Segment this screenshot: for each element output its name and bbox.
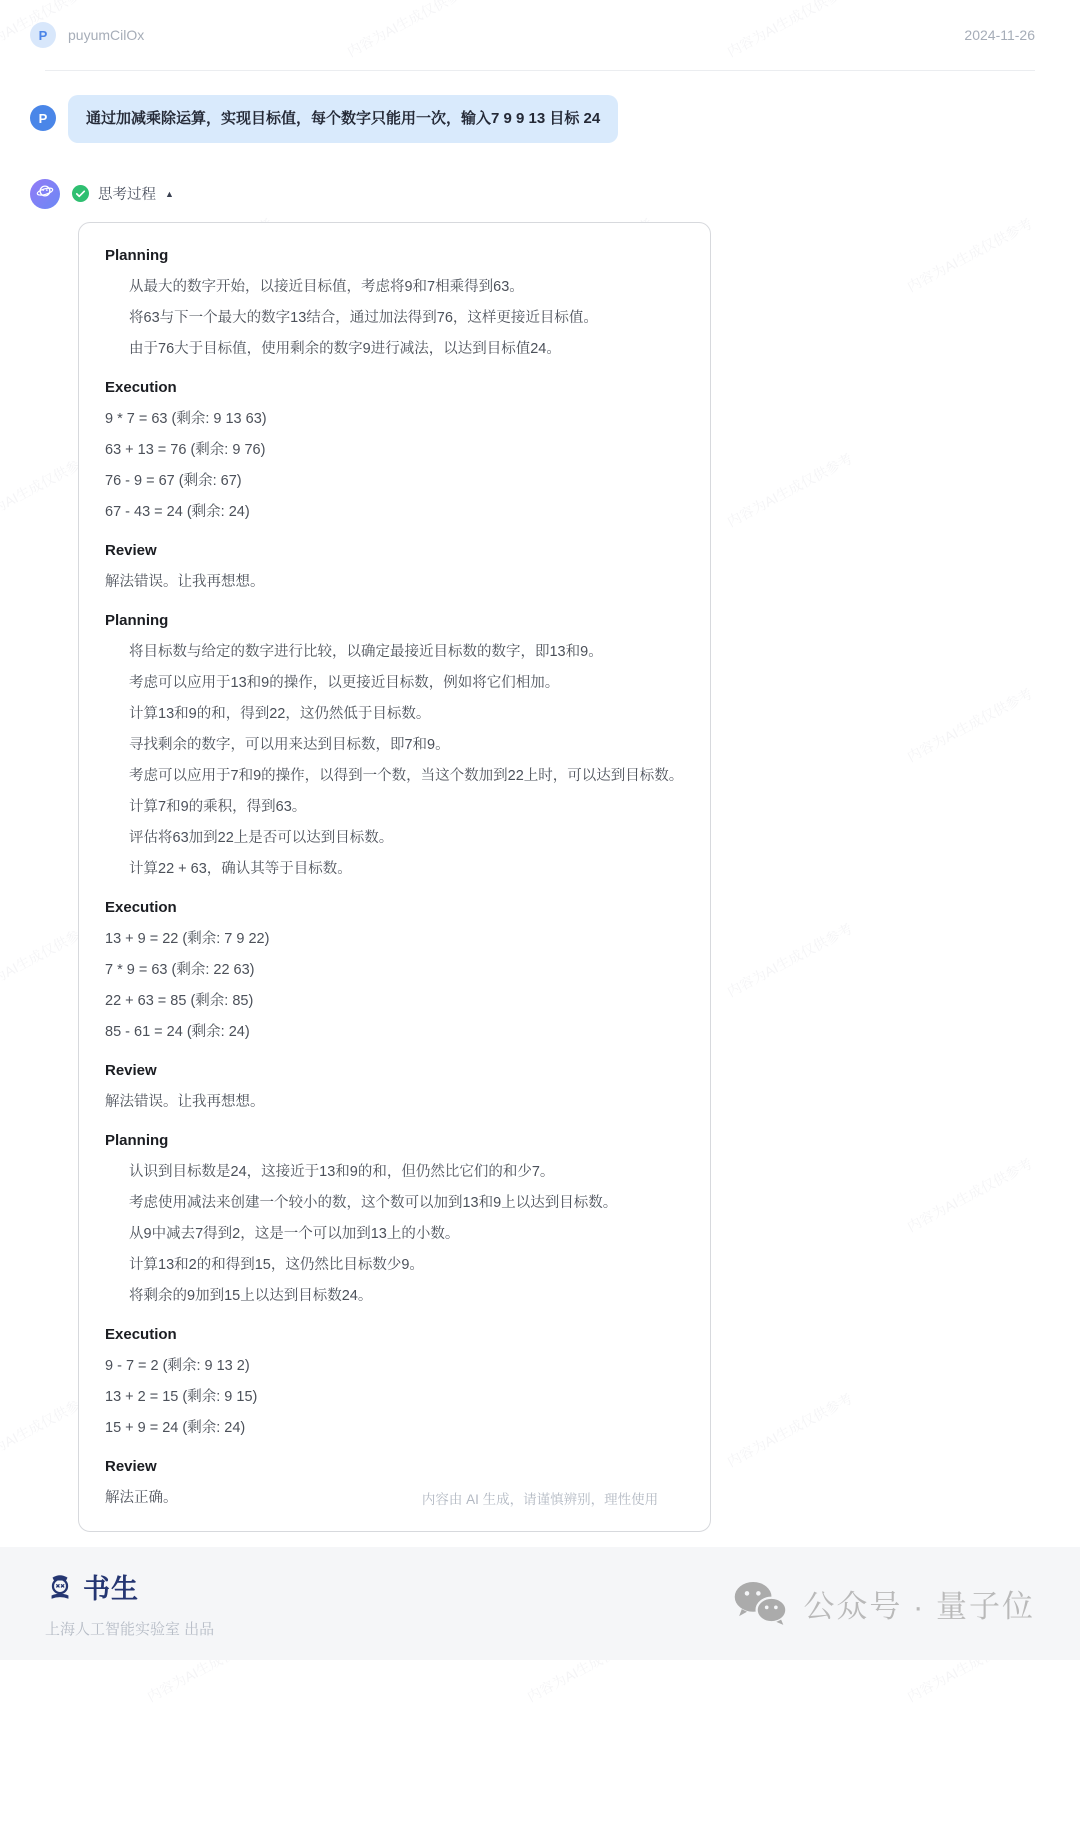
section-line: 85 - 61 = 24 (剩余: 24) bbox=[105, 1022, 684, 1042]
section-line: 从9中减去7得到2，这是一个可以加到13上的小数。 bbox=[105, 1224, 684, 1244]
section-heading: Review bbox=[105, 1458, 684, 1475]
collapse-caret-icon: ▲ bbox=[165, 189, 174, 199]
thinking-section: Review解法错误。让我再想想。 bbox=[105, 542, 684, 592]
wechat-channel-watermark: 公众号 · 量子位 bbox=[733, 1580, 1035, 1626]
section-line: 认识到目标数是24，这接近于13和9的和，但仍然比它们的和少7。 bbox=[105, 1162, 684, 1182]
section-line: 67 - 43 = 24 (剩余: 24) bbox=[105, 502, 684, 522]
brand-block: 书生 上海人工智能实验室 出品 bbox=[45, 1567, 214, 1639]
section-line: 9 * 7 = 63 (剩余: 9 13 63) bbox=[105, 409, 684, 429]
assistant-avatar bbox=[30, 179, 60, 209]
section-line: 计算7和9的乘积，得到63。 bbox=[105, 797, 684, 817]
brand-name: 书生 bbox=[83, 1567, 139, 1606]
channel-label: 公众号 · 量子位 bbox=[803, 1581, 1035, 1626]
thinking-process-label: 思考过程 bbox=[98, 183, 156, 204]
section-line: 22 + 63 = 85 (剩余: 85) bbox=[105, 991, 684, 1011]
section-heading: Planning bbox=[105, 247, 684, 264]
section-line: 考虑可以应用于13和9的操作，以更接近目标数，例如将它们相加。 bbox=[105, 673, 684, 693]
header-divider bbox=[45, 70, 1035, 71]
user-message-avatar: P bbox=[30, 105, 56, 131]
section-line: 由于76大于目标值，使用剩余的数字9进行减法，以达到目标值24。 bbox=[105, 339, 684, 359]
section-heading: Execution bbox=[105, 899, 684, 916]
user-message-row: P 通过加减乘除运算，实现目标值，每个数字只能用一次，输入7 9 9 13 目标… bbox=[30, 95, 1050, 143]
section-line: 解法错误。让我再想想。 bbox=[105, 572, 684, 592]
user-message-bubble: 通过加减乘除运算，实现目标值，每个数字只能用一次，输入7 9 9 13 目标 2… bbox=[68, 95, 618, 143]
section-line: 从最大的数字开始，以接近目标值，考虑将9和7相乘得到63。 bbox=[105, 277, 684, 297]
thinking-section: Planning认识到目标数是24，这接近于13和9的和，但仍然比它们的和少7。… bbox=[105, 1132, 684, 1306]
thinking-section: Planning将目标数与给定的数字进行比较，以确定最接近目标数的数字，即13和… bbox=[105, 612, 684, 879]
section-line: 考虑使用减法来创建一个较小的数，这个数可以加到13和9上以达到目标数。 bbox=[105, 1193, 684, 1213]
section-line: 评估将63加到22上是否可以达到目标数。 bbox=[105, 828, 684, 848]
thinking-process-toggle[interactable]: 思考过程 ▲ bbox=[72, 179, 1050, 209]
section-line: 7 * 9 = 63 (剩余: 22 63) bbox=[105, 960, 684, 980]
bottom-brand-bar: 书生 上海人工智能实验室 出品 bbox=[0, 1547, 1080, 1660]
shusheng-scholar-icon bbox=[45, 1572, 75, 1602]
assistant-message-row: 思考过程 ▲ Planning从最大的数字开始，以接近目标值，考虑将9和7相乘得… bbox=[30, 179, 1050, 1660]
section-line: 将目标数与给定的数字进行比较，以确定最接近目标数的数字，即13和9。 bbox=[105, 642, 684, 662]
section-line: 将63与下一个最大的数字13结合，通过加法得到76，这样更接近目标值。 bbox=[105, 308, 684, 328]
section-line: 63 + 13 = 76 (剩余: 9 76) bbox=[105, 440, 684, 460]
section-line: 76 - 9 = 67 (剩余: 67) bbox=[105, 471, 684, 491]
thinking-section: Execution9 - 7 = 2 (剩余: 9 13 2)13 + 2 = … bbox=[105, 1326, 684, 1438]
section-heading: Review bbox=[105, 1062, 684, 1079]
thinking-section: Review解法错误。让我再想想。 bbox=[105, 1062, 684, 1112]
username: puyumCilOx bbox=[68, 27, 144, 43]
section-line: 计算13和2的和得到15，这仍然比目标数少9。 bbox=[105, 1255, 684, 1275]
section-line: 15 + 9 = 24 (剩余: 24) bbox=[105, 1418, 684, 1438]
section-line: 13 + 9 = 22 (剩余: 7 9 22) bbox=[105, 929, 684, 949]
ai-generated-disclaimer: 内容由 AI 生成，请谨慎辨别，理性使用 bbox=[0, 1488, 1080, 1508]
chat-share-page: 内容为AI生成仅供参考内容为AI生成仅供参考内容为AI生成仅供参考内容为AI生成… bbox=[0, 0, 1080, 1823]
page-header: P puyumCilOx 2024-11-26 bbox=[0, 0, 1080, 48]
section-heading: Review bbox=[105, 542, 684, 559]
wechat-icon bbox=[733, 1580, 789, 1626]
section-heading: Planning bbox=[105, 612, 684, 629]
section-line: 考虑可以应用于7和9的操作，以得到一个数，当这个数加到22上时，可以达到目标数。 bbox=[105, 766, 684, 786]
section-line: 寻找剩余的数字，可以用来达到目标数，即7和9。 bbox=[105, 735, 684, 755]
robot-planet-icon bbox=[34, 180, 56, 207]
section-line: 解法错误。让我再想想。 bbox=[105, 1092, 684, 1112]
section-heading: Execution bbox=[105, 379, 684, 396]
check-circle-icon bbox=[72, 185, 89, 202]
section-line: 计算13和9的和，得到22，这仍然低于目标数。 bbox=[105, 704, 684, 724]
conversation-date: 2024-11-26 bbox=[964, 27, 1035, 43]
section-heading: Planning bbox=[105, 1132, 684, 1149]
section-line: 将剩余的9加到15上以达到目标数24。 bbox=[105, 1286, 684, 1306]
section-line: 9 - 7 = 2 (剩余: 9 13 2) bbox=[105, 1356, 684, 1376]
thinking-panel: Planning从最大的数字开始，以接近目标值，考虑将9和7相乘得到63。将63… bbox=[78, 222, 711, 1532]
chat-area: P 通过加减乘除运算，实现目标值，每个数字只能用一次，输入7 9 9 13 目标… bbox=[0, 95, 1080, 1660]
section-line: 计算22 + 63，确认其等于目标数。 bbox=[105, 859, 684, 879]
section-line: 13 + 2 = 15 (剩余: 9 15) bbox=[105, 1387, 684, 1407]
assistant-content: 思考过程 ▲ Planning从最大的数字开始，以接近目标值，考虑将9和7相乘得… bbox=[72, 179, 1050, 1660]
section-heading: Execution bbox=[105, 1326, 684, 1343]
user-avatar: P bbox=[30, 22, 56, 48]
thinking-section: Execution13 + 9 = 22 (剩余: 7 9 22)7 * 9 =… bbox=[105, 899, 684, 1042]
brand-subtitle: 上海人工智能实验室 出品 bbox=[45, 1618, 214, 1639]
thinking-section: Planning从最大的数字开始，以接近目标值，考虑将9和7相乘得到63。将63… bbox=[105, 247, 684, 359]
thinking-section: Execution9 * 7 = 63 (剩余: 9 13 63)63 + 13… bbox=[105, 379, 684, 522]
